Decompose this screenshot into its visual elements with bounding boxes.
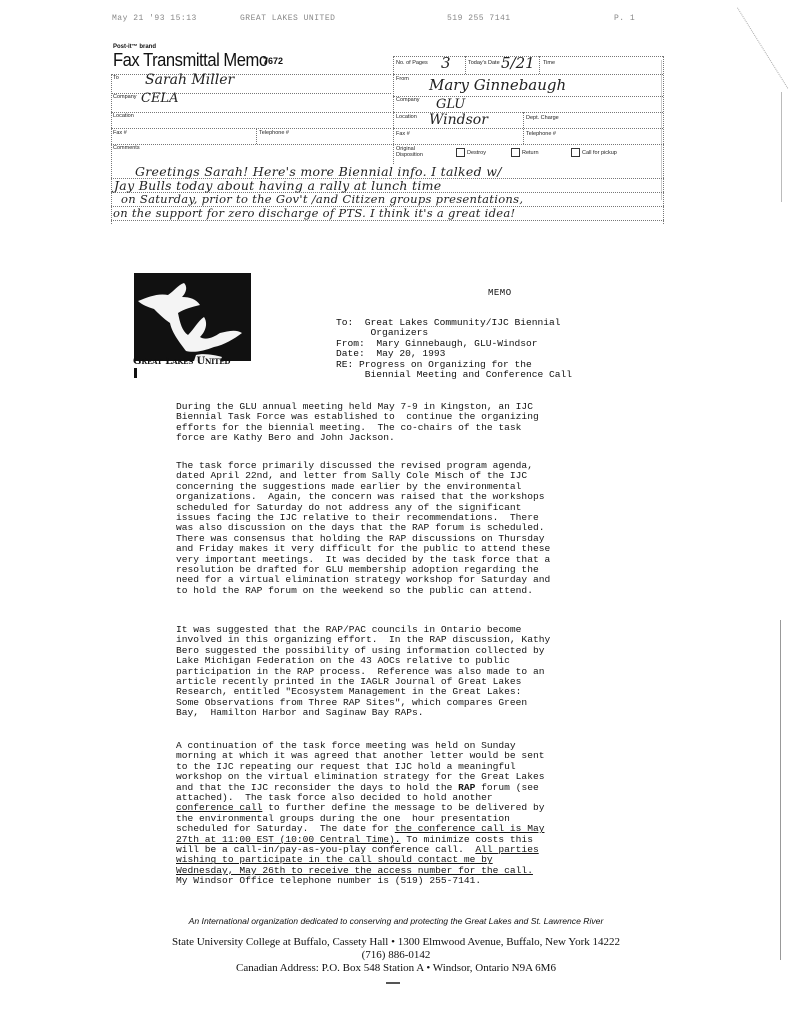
destroy-option[interactable]: Destroy xyxy=(456,148,486,157)
fax-datetime: May 21 '93 15:13 xyxy=(112,14,197,23)
from-label: From xyxy=(396,76,409,82)
telephone-label: Telephone # xyxy=(259,130,289,136)
memo-re-cont: Biennial Meeting and Conference Call xyxy=(365,369,572,380)
postit-title: Fax Transmittal Memo xyxy=(113,50,268,71)
destroy-checkbox[interactable] xyxy=(456,148,465,157)
call-for-pickup-checkbox[interactable] xyxy=(571,148,580,157)
company-value: CELA xyxy=(141,91,178,106)
scan-edge-line xyxy=(780,620,781,960)
logo-mark xyxy=(134,368,137,378)
to-label: To xyxy=(113,75,119,81)
memo-paragraph-3: It was suggested that the RAP/PAC counci… xyxy=(176,625,666,719)
fax-transmittal-memo: Post-it™ brand Fax Transmittal Memo 7672… xyxy=(111,44,664,228)
rap-emphasis: RAP xyxy=(458,782,475,793)
fax-page: P. 1 xyxy=(614,14,635,23)
scan-edge-diagonal xyxy=(737,7,789,89)
pages-label: No. of Pages xyxy=(396,60,428,66)
contact-instruction-underline: wishing to participate in the call shoul… xyxy=(176,854,493,865)
great-lakes-logo xyxy=(134,273,251,361)
memo-title: MEMO xyxy=(488,288,512,298)
memo-paragraph-1: During the GLU annual meeting held May 7… xyxy=(176,402,666,444)
organization-tagline: An International organization dedicated … xyxy=(0,916,792,926)
conference-time-underline: 27th at 11:00 EST (10:00 Central Time). xyxy=(176,834,401,845)
page-mark xyxy=(386,982,400,984)
fax-sender-id: GREAT LAKES UNITED xyxy=(240,14,335,23)
fax-phone: 519 255 7141 xyxy=(447,14,511,23)
us-phone: (716) 886-0142 xyxy=(0,949,792,961)
company-label: Company xyxy=(113,94,137,100)
re-label: RE: xyxy=(336,359,353,370)
fax-number-label: Fax # xyxy=(113,130,127,136)
memo-header-block: To: Great Lakes Community/IJC Biennial O… xyxy=(336,318,572,380)
pages-value: 3 xyxy=(441,54,451,72)
date-label: Date: xyxy=(336,348,365,359)
from-value: Mary Ginnebaugh xyxy=(429,76,566,94)
from-location-value: Windsor xyxy=(429,112,488,128)
todays-date-value: 5/21 xyxy=(501,54,535,72)
canadian-address: Canadian Address: P.O. Box 548 Station A… xyxy=(0,962,792,974)
from-fax-label: Fax # xyxy=(396,131,410,137)
todays-date-label: Today's Date xyxy=(468,60,500,66)
to-value: Sarah Miller xyxy=(145,72,234,88)
call-for-pickup-option[interactable]: Call for pickup xyxy=(571,148,617,157)
memo-to: Great Lakes Community/IJC Biennial xyxy=(365,317,561,328)
memo-date: May 20, 1993 xyxy=(376,348,445,359)
memo-paragraph-2: The task force primarily discussed the r… xyxy=(176,461,666,596)
from-company-value: GLU xyxy=(436,97,465,112)
dept-charge-label: Dept. Charge xyxy=(526,115,559,121)
deadline-underline: Wednesday, May 26th to receive the acces… xyxy=(176,865,533,876)
to-label: To: xyxy=(336,317,353,328)
memo-to-cont: Organizers xyxy=(371,327,429,338)
original-disposition-label: Original Disposition xyxy=(396,146,436,158)
return-option[interactable]: Return xyxy=(511,148,539,157)
conference-call-underline: conference call xyxy=(176,802,262,813)
memo-paragraph-4: A continuation of the task force meeting… xyxy=(176,741,666,887)
comment-line-4: on the support for zero discharge of PTS… xyxy=(113,206,515,220)
all-parties-underline: All parties xyxy=(475,844,538,855)
memo-re: Progress on Organizing for the xyxy=(359,359,532,370)
time-label: Time xyxy=(543,60,555,66)
memo-from: Mary Ginnebaugh, GLU-Windsor xyxy=(376,338,537,349)
from-company-label: Company xyxy=(396,97,420,103)
comment-line-3: on Saturday, prior to the Gov't /and Cit… xyxy=(121,192,523,206)
from-location-label: Location xyxy=(396,114,417,120)
comments-label: Comments xyxy=(113,145,140,151)
from-telephone-label: Telephone # xyxy=(526,131,556,137)
location-label: Location xyxy=(113,113,134,119)
great-lakes-map-icon xyxy=(134,273,251,361)
comment-line-2: Jay Bulls today about having a rally at … xyxy=(114,178,442,193)
us-address: State University College at Buffalo, Cas… xyxy=(0,936,792,948)
conference-date-underline: the conference call is May xyxy=(395,823,545,834)
return-checkbox[interactable] xyxy=(511,148,520,157)
logo-name: Great Lakes United xyxy=(133,356,230,367)
from-label: From: xyxy=(336,338,365,349)
postit-form-number: 7672 xyxy=(263,56,283,66)
scan-edge-line xyxy=(781,92,782,202)
comment-line-1: Greetings Sarah! Here's more Biennial in… xyxy=(135,164,502,179)
